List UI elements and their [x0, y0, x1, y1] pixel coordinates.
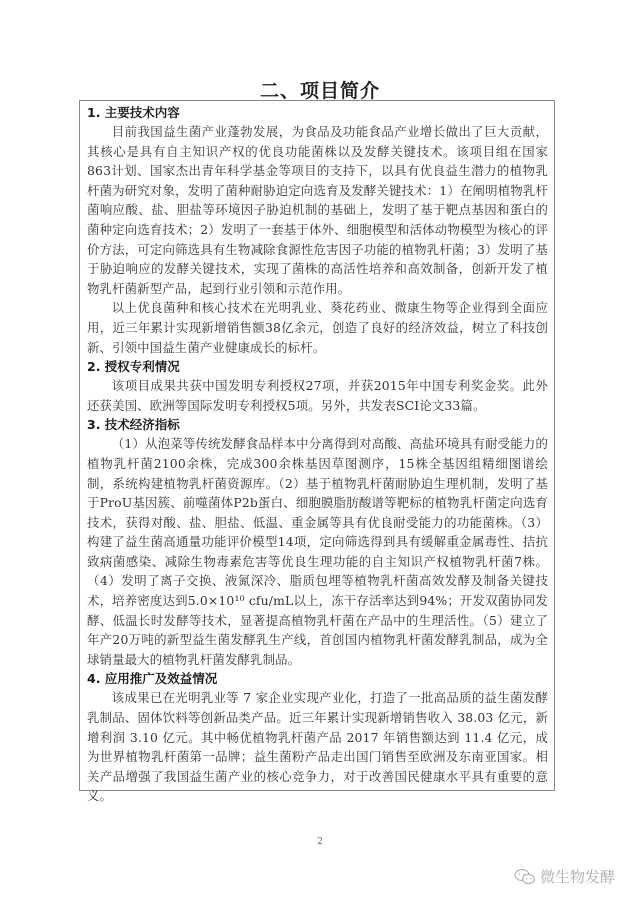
section-patents: 2. 授权专利情况 该项目成果共获中国发明专利授权27项，并获2015年中国专利…: [87, 357, 548, 415]
section-technical-indicators: 3. 技术经济指标 （1）从泡菜等传统发酵食品样本中分离得到对高酸、高盐环境具有…: [87, 415, 548, 669]
section-heading: 3. 技术经济指标: [87, 415, 548, 434]
paragraph: 目前我国益生菌产业蓬勃发展，为食品及功能食品产业增长做出了巨大贡献，其核心是具有…: [87, 122, 548, 298]
wechat-icon: [514, 868, 536, 886]
watermark: 微生物发酵: [514, 866, 615, 887]
paragraph: 该成果已在光明乳业等 7 家企业实现产业化，打造了一批高品质的益生菌发酵乳制品、…: [87, 688, 548, 806]
page-title: 二、项目简介: [0, 76, 640, 103]
watermark-text: 微生物发酵: [540, 866, 615, 887]
section-heading: 4. 应用推广及效益情况: [87, 669, 548, 688]
project-summary-box: 1. 主要技术内容 目前我国益生菌产业蓬勃发展，为食品及功能食品产业增长做出了巨…: [79, 100, 555, 791]
section-application-benefits: 4. 应用推广及效益情况 该成果已在光明乳业等 7 家企业实现产业化，打造了一批…: [87, 669, 548, 806]
section-technical-content: 1. 主要技术内容 目前我国益生菌产业蓬勃发展，为食品及功能食品产业增长做出了巨…: [87, 103, 548, 357]
paragraph: 以上优良菌种和核心技术在光明乳业、葵花药业、微康生物等企业得到全面应用，近三年累…: [87, 298, 548, 357]
paragraph: （1）从泡菜等传统发酵食品样本中分离得到对高酸、高盐环境具有耐受能力的植物乳杆菌…: [87, 434, 548, 669]
section-heading: 2. 授权专利情况: [87, 357, 548, 376]
page-number: 2: [0, 837, 640, 847]
section-heading: 1. 主要技术内容: [87, 103, 548, 122]
paragraph: 该项目成果共获中国发明专利授权27项，并获2015年中国专利奖金奖。此外还获美国…: [87, 376, 548, 415]
